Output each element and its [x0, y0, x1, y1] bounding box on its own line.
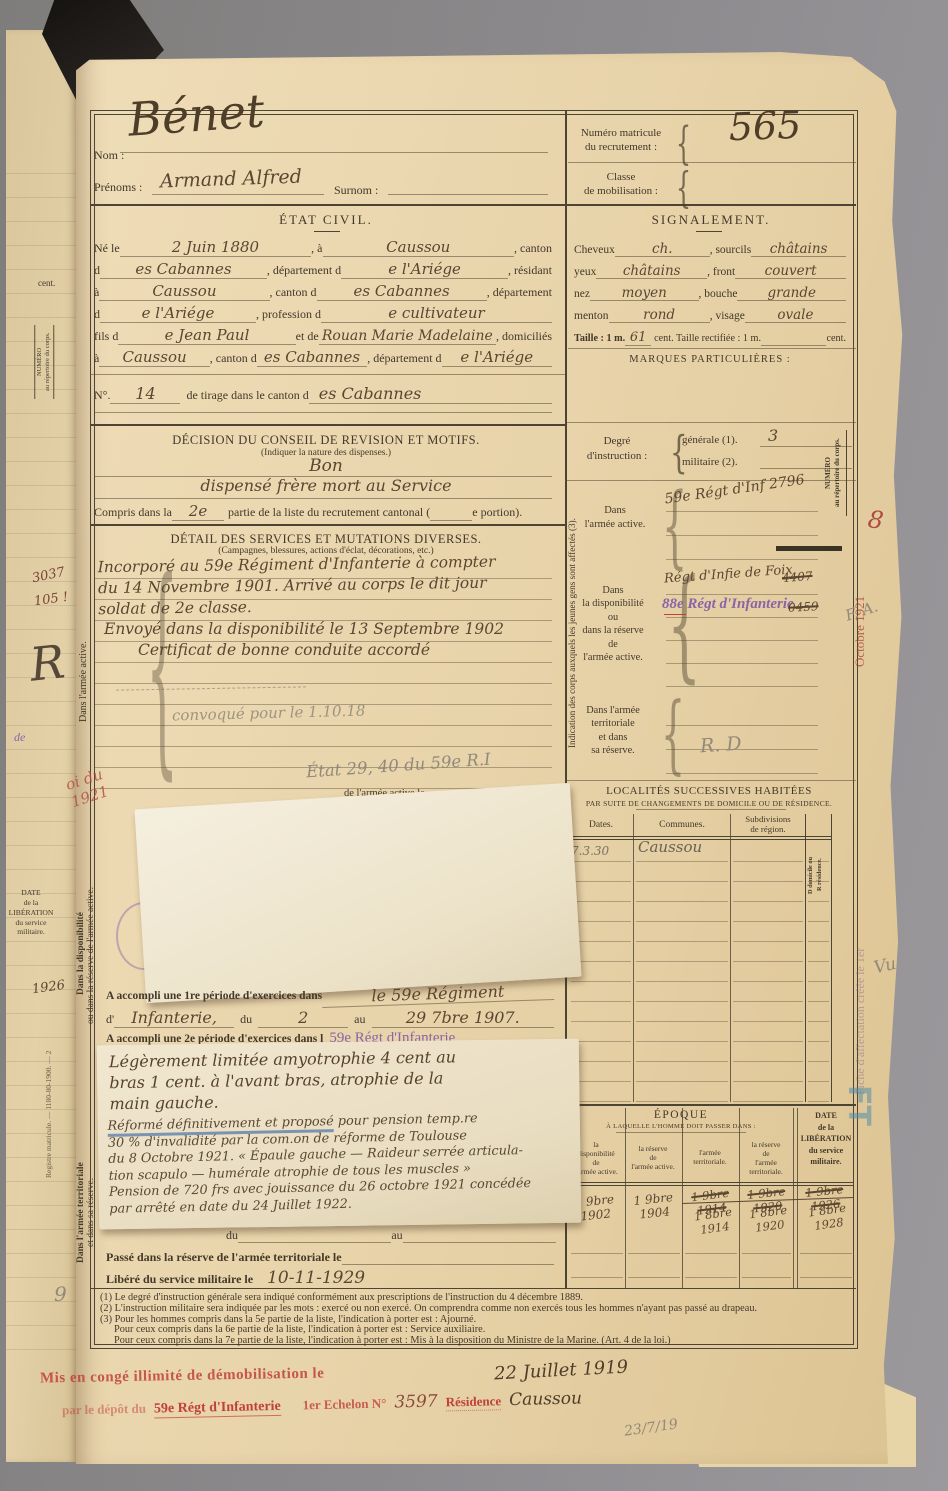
parents-row: fils d e Jean Paul et de Rouan Marie Mad…	[94, 328, 552, 345]
profession-value: e cultivateur	[321, 306, 552, 323]
demob-echelon-number: 3597	[394, 1392, 438, 1413]
passe-reserve-row: Passé dans la réserve de l'armée territo…	[106, 1250, 554, 1265]
footnote-5: Pour ceux compris dans la 7e partie de l…	[100, 1336, 846, 1347]
profession-row: d e l'Ariége , profession d e cultivateu…	[94, 306, 552, 323]
prenoms-line	[152, 194, 324, 195]
marques-label: MARQUES PARTICULIÈRES :	[574, 354, 846, 365]
birth-row-2: d es Cabannes , département d e l'Ariége…	[94, 262, 552, 279]
decision-line-2	[94, 498, 552, 499]
localites-row1-commune: Caussou	[638, 838, 702, 856]
corps-divider	[565, 780, 856, 781]
mother-name-value: Rouan Marie Madelaine	[319, 329, 496, 345]
prev-letter-r: R	[27, 634, 67, 691]
demob-residence-value: Caussou	[509, 1389, 582, 1411]
footnotes-top-rule	[90, 1288, 856, 1289]
residence-value: Caussou	[99, 284, 269, 301]
margin-territoriale-label-2: et dans sa réserve.	[86, 1114, 96, 1310]
corps-active-label: Dans l'armée active.	[584, 504, 646, 532]
localites-subtitle: PAR SUITE DE CHANGEMENTS DE DOMICILE OU …	[574, 799, 844, 808]
compris-row: Compris dans la 2e partie de la liste du…	[94, 502, 552, 521]
nom-line	[120, 152, 548, 153]
departement2-label: , département	[487, 285, 552, 300]
localites-sep-3	[805, 814, 806, 1102]
prev-spine-imprint: Registre matricule. — 1180-80-1900. — 2	[44, 1008, 53, 1178]
localites-col-communes-header: Communes.	[636, 820, 728, 830]
epoque-col2-header: la réserve de l'armée active.	[626, 1144, 680, 1171]
localites-flourish	[636, 809, 786, 810]
header-divider	[90, 204, 856, 206]
front-value: couvert	[735, 264, 846, 279]
signalement-title: SIGNALEMENT.	[576, 212, 846, 228]
epoque-empty-rows-4	[742, 1230, 791, 1286]
localites-row1-date: 7.3.30	[571, 844, 609, 858]
epoque-empty-rows-5	[800, 1230, 852, 1286]
canton-value: es Cabannes	[100, 262, 267, 279]
reforme-text-block-2: Réformé définitivement et proposé pour p…	[107, 1109, 577, 1218]
instruction-label: Degré d'instruction :	[572, 434, 662, 464]
du-blank	[238, 1229, 391, 1243]
localites-rows-dr	[808, 842, 829, 1102]
demob-depot-label: par le dépôt du	[62, 1401, 146, 1419]
departement4-value: e l'Ariége	[442, 350, 552, 367]
taille-value: 61	[625, 330, 651, 346]
epoque-flourish	[616, 1132, 746, 1133]
signalement-row-1: Cheveux ch. , sourcils châtains	[574, 242, 846, 257]
numero-tirage-label: N°.	[94, 388, 110, 403]
yeux-value: châtains	[596, 264, 707, 279]
classe-brace: {	[676, 164, 691, 213]
surnom-line	[388, 194, 548, 195]
periode-1-start-value: 2	[258, 1008, 348, 1028]
services-entry-3: Certificat de bonne conduite accordé	[138, 641, 430, 659]
margin-armee-active-label: Dans l'armée active.	[78, 592, 89, 772]
epoque-col4-header: la réserve de l'armée territoriale.	[740, 1140, 792, 1176]
signalement-divider	[565, 422, 856, 423]
corps-territoriale-value: R. D	[699, 733, 742, 758]
canton2-label: , canton d	[270, 285, 317, 300]
bouche-label: , bouche	[699, 288, 738, 300]
decision-bon-value: Bon	[176, 456, 476, 476]
margin-fiche-stamp: Fiche d'affectation créée le 1er	[853, 665, 868, 1095]
nez-label: nez	[574, 288, 590, 300]
compris-partie-value: 2e	[172, 502, 224, 521]
bouche-value: grande	[737, 286, 846, 301]
signalement-row-4: menton rond , visage ovale	[574, 308, 846, 323]
au-blank	[403, 1229, 556, 1243]
taille-row: Taille : 1 m. 61 cent. Taille rectifiée …	[574, 330, 846, 346]
instruction-militaire-label: militaire (2).	[682, 456, 738, 468]
menton-label: menton	[574, 310, 609, 322]
epoque-empty-rows-3	[685, 1230, 737, 1286]
residence-row: à Caussou , canton d es Cabannes , dépar…	[94, 284, 552, 301]
parents-residence-row: à Caussou , canton d es Cabannes , dépar…	[94, 350, 552, 367]
surnom-label: Surnom :	[334, 183, 378, 198]
taille-rectifiee-blank	[761, 334, 826, 346]
departement3-value: e l'Ariége	[100, 306, 256, 323]
localites-rows-communes	[636, 842, 728, 1102]
corps-dispo-number-struck: 4407	[782, 569, 813, 585]
epoque-title: ÉPOQUE	[569, 1109, 793, 1121]
libere-row: Libéré du service militaire le 10-11-192…	[106, 1270, 554, 1289]
nom-label: Nom :	[94, 148, 124, 163]
margin-disponibilite-label-2: ou dans la réserve de l'armée active.	[86, 824, 96, 1086]
sourcils-label: , sourcils	[710, 244, 752, 256]
tirage-canton-value: es Cabannes	[309, 386, 552, 404]
matricule-value: 565	[689, 101, 840, 150]
margin-disponibilite-label-1: Dans la disponibilité	[76, 834, 86, 1074]
cheveux-value: ch.	[615, 242, 710, 257]
compris-label-2: partie de la liste du recrutement canton…	[224, 505, 430, 520]
epoque-empty-rows-1	[571, 1230, 623, 1286]
localites-col-dates-header: Dates.	[569, 820, 633, 830]
taille-divider	[568, 348, 856, 349]
yeux-label: yeux	[574, 266, 596, 278]
du-label: du	[226, 1228, 238, 1243]
corps-88e-red-underline	[664, 614, 686, 615]
register-photo: cent. NUMÉRO au répertoire du corps. 303…	[0, 0, 948, 1491]
corps-territoriale-label: Dans l'armée territoriale et dans sa rés…	[578, 704, 648, 758]
departement4-label: , département d	[367, 351, 441, 366]
profession-label: , profession d	[256, 307, 321, 322]
classe-label: Classe de mobilisation :	[570, 170, 672, 199]
libere-date-value: 10-11-1929	[253, 1270, 470, 1289]
localites-title: LOCALITÉS SUCCESSIVES HABITÉES	[574, 785, 844, 797]
epoque-col3-header: l'armée territoriale.	[683, 1148, 737, 1166]
au-label: au	[391, 1228, 402, 1243]
localites-col-subdiv-header: Subdivisions de région.	[733, 814, 803, 834]
footnote-2: (2) L'instruction militaire sera indiqué…	[100, 1304, 846, 1315]
residant-label: , résidant	[508, 263, 552, 278]
corps-dispo-88e-stamp: 88e Régt d'Infanterie	[662, 596, 794, 613]
localites-rows-subdiv	[733, 842, 803, 1102]
localites-sep-2	[730, 814, 731, 1102]
reforme-text-block-1: Légèrement limitée amyotrophie 4 cent au…	[109, 1045, 570, 1114]
taille-cent-label: cent.	[826, 333, 846, 344]
prev-numero-repertoire-label: NUMÉRO au répertoire du corps.	[34, 325, 54, 399]
corps-dispo-label: Dans la disponibilité ou dans la réserve…	[578, 584, 648, 664]
canton2-value: es Cabannes	[317, 284, 487, 301]
matricule-label: Numéro matricule du recrutement :	[570, 126, 672, 155]
compris-label-3: e portion).	[472, 505, 522, 520]
periode-1-label: A accompli une 1re période d'exercices d…	[106, 990, 322, 1002]
et-de-label: et de	[296, 329, 319, 344]
canton3-value: es Cabannes	[257, 350, 367, 367]
reforme-line-4b: pour pension temp.re	[338, 1111, 478, 1129]
demob-echelon-label: 1er Echelon N°	[289, 1396, 387, 1414]
signalement-flourish	[696, 231, 722, 232]
periode-1-infanterie-value: Infanterie,	[114, 1008, 234, 1028]
canton-label: , canton	[514, 241, 552, 256]
passe-reserve-blank	[342, 1251, 554, 1265]
fils-de-label: fils d	[94, 329, 118, 344]
etat-civil-title: ÉTAT CIVIL.	[176, 212, 476, 228]
instruction-generale-label: générale (1).	[682, 434, 738, 446]
front-label: , front	[707, 266, 735, 278]
decision-divider	[90, 524, 565, 526]
cheveux-label: Cheveux	[574, 244, 615, 256]
passe-reserve-label: Passé dans la réserve de l'armée territo…	[106, 1250, 342, 1265]
prev-de-stamp: de	[14, 730, 25, 745]
a-label: , à	[311, 241, 322, 256]
nom-value: Bénet	[126, 83, 266, 146]
corps-dispo-number2-struck: 0459	[788, 599, 819, 615]
instruction-generale-value: 3	[768, 426, 778, 445]
sourcils-value: châtains	[751, 242, 846, 257]
matricule-sheet: Bénet Nom : Prénoms : Armand Alfred Surn…	[76, 52, 914, 1464]
margin-territoriale-label-1: Dans l'armée territoriale	[76, 1110, 86, 1315]
departement-value: e l'Ariége	[341, 262, 508, 279]
domicilies-label: , domiciliés	[496, 329, 552, 344]
signalement-row-2: yeux châtains , front couvert	[574, 264, 846, 279]
prev-date-liberation-header: DATE de la LIBÉRATION du service militai…	[0, 888, 62, 937]
ne-le-label: Né le	[94, 241, 120, 256]
departement-label: , département d	[267, 263, 341, 278]
etat-civil-divider	[90, 374, 565, 375]
footnotes-block: (1) Le degré d'instruction générale sera…	[100, 1293, 846, 1347]
birth-row-1: Né le 2 Juin 1880 , à Caussou , canton	[94, 240, 552, 257]
reforme-paper-slip: Légèrement limitée amyotrophie 4 cent au…	[97, 1039, 582, 1230]
demob-residence-label: Résidence	[445, 1393, 501, 1411]
periode-1-au-label: au	[348, 1012, 371, 1027]
nez-value: moyen	[590, 286, 699, 301]
decision-dispense-value: dispensé frère mort au Service	[136, 476, 516, 495]
compris-label: Compris dans la	[94, 505, 172, 520]
periode-1-end-value: 29 7bre 1907.	[372, 1010, 555, 1028]
parents-residence-value: Caussou	[99, 350, 209, 367]
tirage-divider	[90, 424, 565, 426]
prenoms-label: Prénoms :	[94, 180, 142, 195]
decision-title: DÉCISION DU CONSEIL DE REVISION ET MOTIF…	[106, 433, 546, 448]
corps-territoriale-lines	[666, 702, 818, 778]
tirage-blank-line	[94, 412, 552, 413]
demob-regiment-stamp: 59e Régt d'Infanterie	[154, 1399, 281, 1419]
periode-1-d-label: d'	[106, 1012, 114, 1027]
birth-date-value: 2 Juin 1880	[120, 240, 312, 257]
periode-1-du-label: du	[234, 1012, 258, 1027]
portion-blank	[430, 505, 472, 521]
margin-octobre-1921-stamp: Octobre 1921	[852, 452, 868, 667]
tirage-canton-label: de tirage dans le canton d	[180, 388, 308, 403]
visage-label: , visage	[710, 310, 745, 322]
prev-pencil-9: 9	[54, 1282, 67, 1306]
matricule-row-line	[568, 162, 856, 163]
blank-paper-slip	[134, 783, 581, 1003]
visage-value: ovale	[745, 308, 846, 323]
epoque-empty-rows-2	[628, 1230, 680, 1286]
canton3-label: , canton d	[210, 351, 257, 366]
menton-value: rond	[609, 308, 710, 323]
birth-place-value: Caussou	[323, 240, 515, 257]
periode-1-row-2: d' Infanterie, du 2 au 29 7bre 1907.	[106, 1008, 554, 1028]
periode-1-row: A accompli une 1re période d'exercices d…	[106, 986, 554, 1004]
du-au-row: du au	[226, 1228, 556, 1243]
previous-page-edge: cent. NUMÉRO au répertoire du corps. 303…	[6, 30, 78, 1462]
blue-crayon-mark: FT	[841, 1085, 876, 1126]
services-margin-brace: {	[146, 552, 178, 782]
signalement-row-3: nez moyen , bouche grande	[574, 286, 846, 301]
libere-label: Libéré du service militaire le	[106, 1272, 253, 1287]
tirage-number-value: 14	[110, 384, 180, 404]
localites-sep-1	[633, 814, 634, 1102]
localites-bottom-divider	[565, 1104, 856, 1106]
tirage-row: N°. 14 de tirage dans le canton d es Cab…	[94, 384, 552, 404]
epoque-subtitle: À LAQUELLE L'HOMME DOIT PASSER DANS :	[569, 1123, 793, 1130]
prev-cent-label: cent.	[38, 278, 55, 288]
taille-label: Taille : 1 m.	[574, 333, 625, 344]
taille-rectifiee-label: cent. Taille rectifiée : 1 m.	[651, 333, 761, 344]
father-name-value: e Jean Paul	[118, 328, 295, 345]
corps-dispo-lines	[666, 572, 818, 687]
corps-left-vertical-label: Indication des corps auxquels les jeunes…	[567, 488, 577, 778]
localites-sep-4	[831, 814, 832, 1102]
etat-civil-flourish	[314, 231, 340, 232]
